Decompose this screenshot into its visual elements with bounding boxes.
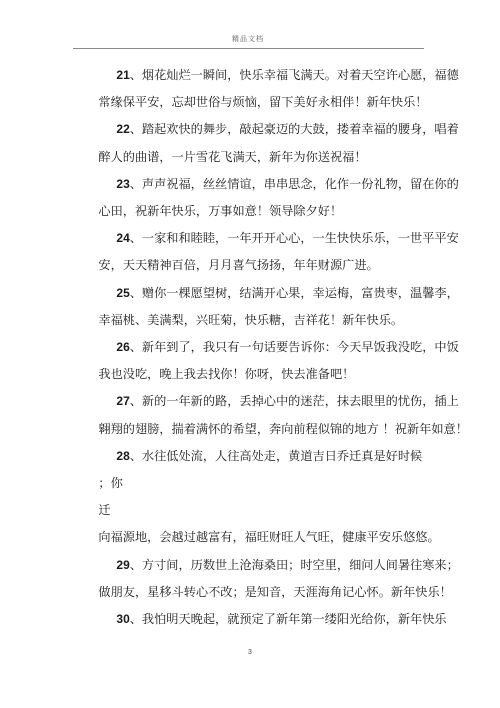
paragraph-line: 常缘保平安，忘却世俗与烦恼，留下美好永相伴！新年快乐！ bbox=[74, 89, 412, 116]
item-number: 27 bbox=[116, 394, 129, 408]
paragraph-line: 做朋友，星移斗转心不改；是知音，天涯海角记心怀。新年快乐！ bbox=[74, 579, 412, 606]
paragraph-line: 幸福桃、美满梨，兴旺菊，快乐糖，吉祥花！新年快乐。 bbox=[74, 307, 412, 334]
paragraph-line: 、我怕明天晚起，就预定了新年第一缕阳光给你，新年快乐 bbox=[130, 612, 447, 626]
paragraph-line: 迁 bbox=[74, 497, 412, 524]
item-number: 22 bbox=[116, 122, 129, 136]
paragraph-25: 25、赠你一棵愿望树，结满开心果，幸运梅，富贵枣，温馨李， 幸福桃、美满梨，兴旺… bbox=[74, 280, 412, 334]
paragraph-line: ；你 bbox=[74, 470, 412, 497]
document-body: 21、烟花灿烂一瞬间，快乐幸福飞满天。对着天空许心愿，福德 常缘保平安，忘却世俗… bbox=[74, 62, 412, 633]
paragraph-23: 23、声声祝福，丝丝情谊，串串思念，化作一份礼物，留在你的 心田，祝新年快乐，万… bbox=[74, 171, 412, 225]
paragraph-line: 、声声祝福，丝丝情谊，串串思念，化作一份礼物，留在你的 bbox=[130, 177, 459, 191]
item-number: 23 bbox=[116, 177, 129, 191]
item-number: 30 bbox=[116, 612, 129, 626]
paragraph-line: 、新的一年新的路，丢掉心中的迷茫，抹去眼里的忧伤，插上 bbox=[130, 394, 459, 408]
paragraph-line: 、水往低处流，人往高处走，黄道吉日乔迁真是好时候 bbox=[130, 449, 423, 463]
paragraph-line: 向福源地，会越过越富有，福旺财旺人气旺，健康平安乐悠悠。 bbox=[74, 524, 412, 551]
paragraph-line: 我也没吃，晚上我去找你！你呀，快去准备吧！ bbox=[74, 361, 412, 388]
paragraph-line: 、踏起欢快的舞步，敲起豪迈的大鼓，搂着幸福的腰身，唱着 bbox=[130, 122, 459, 136]
item-number: 24 bbox=[116, 231, 129, 245]
paragraph-line: 心田，祝新年快乐，万事如意！领导除夕好！ bbox=[74, 198, 412, 225]
paragraph-22: 22、踏起欢快的舞步，敲起豪迈的大鼓，搂着幸福的腰身，唱着 醉人的曲谱，一片雪花… bbox=[74, 116, 412, 170]
paragraph-line: 安，天天精神百倍，月月喜气扬扬，年年财源广进。 bbox=[74, 252, 412, 279]
paragraph-line: 、新年到了，我只有一句话要告诉你：今天早饭我没吃，中饭 bbox=[130, 340, 459, 354]
paragraph-line: 醉人的曲谱，一片雪花飞满天，新年为你送祝福！ bbox=[74, 144, 412, 171]
paragraph-29: 29、方寸间，历数世上沧海桑田；时空里，细问人间暑往寒来； 做朋友，星移斗转心不… bbox=[74, 552, 412, 606]
item-number: 21 bbox=[116, 68, 129, 82]
item-number: 29 bbox=[116, 558, 129, 572]
paragraph-27: 27、新的一年新的路，丢掉心中的迷茫，抹去眼里的忧伤，插上 翱翔的翅膀，揣着满怀… bbox=[74, 388, 412, 442]
paragraph-30: 30、我怕明天晚起，就预定了新年第一缕阳光给你，新年快乐 bbox=[74, 606, 412, 633]
item-number: 26 bbox=[116, 340, 129, 354]
item-number: 25 bbox=[116, 286, 129, 300]
page-number: 3 bbox=[0, 649, 500, 656]
paragraph-line: 、一家和和睦睦，一年开开心心，一生快快乐乐，一世平平安 bbox=[130, 231, 459, 245]
paragraph-line: 、赠你一棵愿望树，结满开心果，幸运梅，富贵枣，温馨李， bbox=[130, 286, 459, 300]
page-header: 精品文档 bbox=[73, 34, 423, 44]
paragraph-line: 、烟花灿烂一瞬间，快乐幸福飞满天。对着天空许心愿，福德 bbox=[130, 68, 459, 82]
paragraph-21: 21、烟花灿烂一瞬间，快乐幸福飞满天。对着天空许心愿，福德 常缘保平安，忘却世俗… bbox=[74, 62, 412, 116]
paragraph-line: 翱翔的翅膀，揣着满怀的希望，奔向前程似锦的地方 ！祝新年如意！ bbox=[74, 416, 412, 443]
paragraph-28: 28、水往低处流，人往高处走，黄道吉日乔迁真是好时候 ；你 迁 向福源地，会越过… bbox=[74, 443, 412, 552]
header-divider bbox=[73, 48, 424, 49]
item-number: 28 bbox=[116, 449, 129, 463]
paragraph-26: 26、新年到了，我只有一句话要告诉你：今天早饭我没吃，中饭 我也没吃，晚上我去找… bbox=[74, 334, 412, 388]
paragraph-24: 24、一家和和睦睦，一年开开心心，一生快快乐乐，一世平平安 安，天天精神百倍，月… bbox=[74, 225, 412, 279]
paragraph-line: 、方寸间，历数世上沧海桑田；时空里，细问人间暑往寒来； bbox=[130, 558, 459, 572]
